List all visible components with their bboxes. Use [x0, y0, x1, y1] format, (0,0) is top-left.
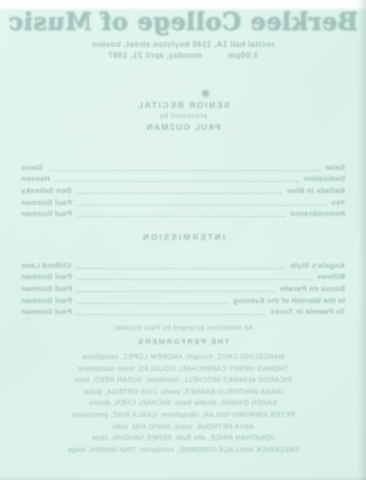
- piece-credit: Don Sebesky: [21, 186, 71, 195]
- program-row: Yes Paul Guzman: [21, 195, 345, 207]
- piece-credit: Paul Guzman: [21, 307, 72, 316]
- piece-title: In the Warmth of the Evening: [233, 296, 345, 305]
- program-row: Bossa on Parade Paul Guzman: [21, 281, 345, 293]
- dotted-leader: [77, 215, 285, 217]
- performer-line: THOMAS HENRY CARMICHAEL-DOUGLAS, tenor s…: [0, 364, 366, 376]
- scan-edge-right: [358, 0, 366, 480]
- performers-list: MARCELINO CRUZ, trumpet; ANDREW LOPEZ, s…: [0, 352, 366, 456]
- dotted-leader: [77, 313, 265, 315]
- piece-credit: Davis: [21, 163, 43, 172]
- performer-line: ANYA PETROVA, voice; DAVID KIM, cello: [0, 422, 366, 434]
- presented-by-label: presented by: [0, 111, 366, 122]
- performer-line: KAREN O'HARA, double bass; MICHAEL CHEN,…: [0, 398, 366, 410]
- piece-credit: Hansen: [21, 174, 50, 183]
- intermission-label: INTERMISSION: [0, 233, 366, 242]
- performers-heading: THE PERFORMERS: [0, 337, 366, 346]
- piece-credit: Paul Guzman: [21, 296, 72, 305]
- piece-title: To Pamela in Tunes: [270, 307, 345, 316]
- program-set-2: Angela's Style Clifford Lane Billows Pau…: [21, 258, 345, 316]
- dotted-leader: [77, 204, 326, 206]
- program-row: Dedication Hansen: [21, 172, 345, 184]
- program-row: Ballads in Blue Don Sebesky: [21, 183, 345, 195]
- dotted-leader: [48, 169, 320, 171]
- dotted-leader: [76, 267, 285, 269]
- dotted-leader: [55, 180, 299, 182]
- performer-line: MARCELINO CRUZ, trumpet; ANDREW LOPEZ, s…: [0, 352, 366, 364]
- piece-title: Yes: [331, 198, 345, 207]
- scanned-program-page: Berklee College of Music recital hall 1A…: [0, 0, 366, 480]
- piece-title: Remembrance: [290, 209, 345, 218]
- piece-credit: Clifford Lane: [21, 261, 71, 270]
- time-text: 1:00pm: [228, 51, 258, 60]
- school-masthead: Berklee College of Music: [0, 9, 366, 35]
- piece-credit: Paul Guzman: [21, 284, 72, 293]
- performer-line: JONATHAN PRICE, alto flute; RENEE VAUGHN…: [0, 433, 366, 445]
- program-row: Billows Paul Guzman: [21, 270, 345, 282]
- dotted-leader: [76, 192, 281, 194]
- dotted-leader: [77, 302, 228, 304]
- recital-title: SENIOR RECITAL: [0, 100, 366, 111]
- program-set-1: Solar Davis Dedication Hansen Ballads in…: [21, 160, 345, 218]
- piece-title: Solar: [325, 163, 345, 172]
- piece-title: Ballads in Blue: [287, 186, 345, 195]
- program-row: Solar Davis: [21, 160, 345, 172]
- date-text: monday, april 21, 1997: [108, 51, 202, 60]
- presenter-name: PAUL GUZMAN: [0, 122, 366, 133]
- program-row: To Pamela in Tunes Paul Guzman: [21, 305, 345, 317]
- arranger-note: All selections arranged by Paul Guzman: [0, 325, 366, 332]
- piece-title: Angela's Style: [290, 261, 345, 270]
- dotted-leader: [77, 278, 312, 280]
- piece-title: Bossa on Parade: [280, 284, 345, 293]
- piece-credit: Paul Guzman: [21, 198, 72, 207]
- venue-line: recital hall 1A, 1140 boylston street, b…: [0, 40, 366, 49]
- program-row: Angela's Style Clifford Lane: [21, 258, 345, 270]
- piece-credit: Paul Guzman: [21, 272, 72, 281]
- bleed-through-ink-layer: Berklee College of Music recital hall 1A…: [0, 0, 366, 480]
- date-time-line: 1:00pmmonday, april 21, 1997: [0, 51, 366, 60]
- scan-edge-top: [0, 0, 366, 11]
- performer-line: FREDERICK WALLACE-OSBORNE, conductor; TI…: [0, 445, 366, 457]
- dotted-leader: [77, 290, 275, 292]
- piece-title: Billows: [317, 272, 345, 281]
- program-row: In the Warmth of the Evening Paul Guzman: [21, 293, 345, 305]
- recital-heading-block: SENIOR RECITAL presented by PAUL GUZMAN: [0, 100, 366, 134]
- performer-line: DIANA WHITFIELD-BARNES, piano; LUIS ORTE…: [0, 387, 366, 399]
- performer-line: RICARDO ALVAREZ-MITCHELL, trombone; SUSA…: [0, 375, 366, 387]
- piece-title: Dedication: [304, 174, 345, 183]
- program-row: Remembrance Paul Guzman: [21, 207, 345, 219]
- scan-edge-bottom: [0, 476, 366, 480]
- performer-line: PETER ASHFORD-NOLAN, vibraphone; CARLA R…: [0, 410, 366, 422]
- piece-credit: Paul Guzman: [21, 209, 72, 218]
